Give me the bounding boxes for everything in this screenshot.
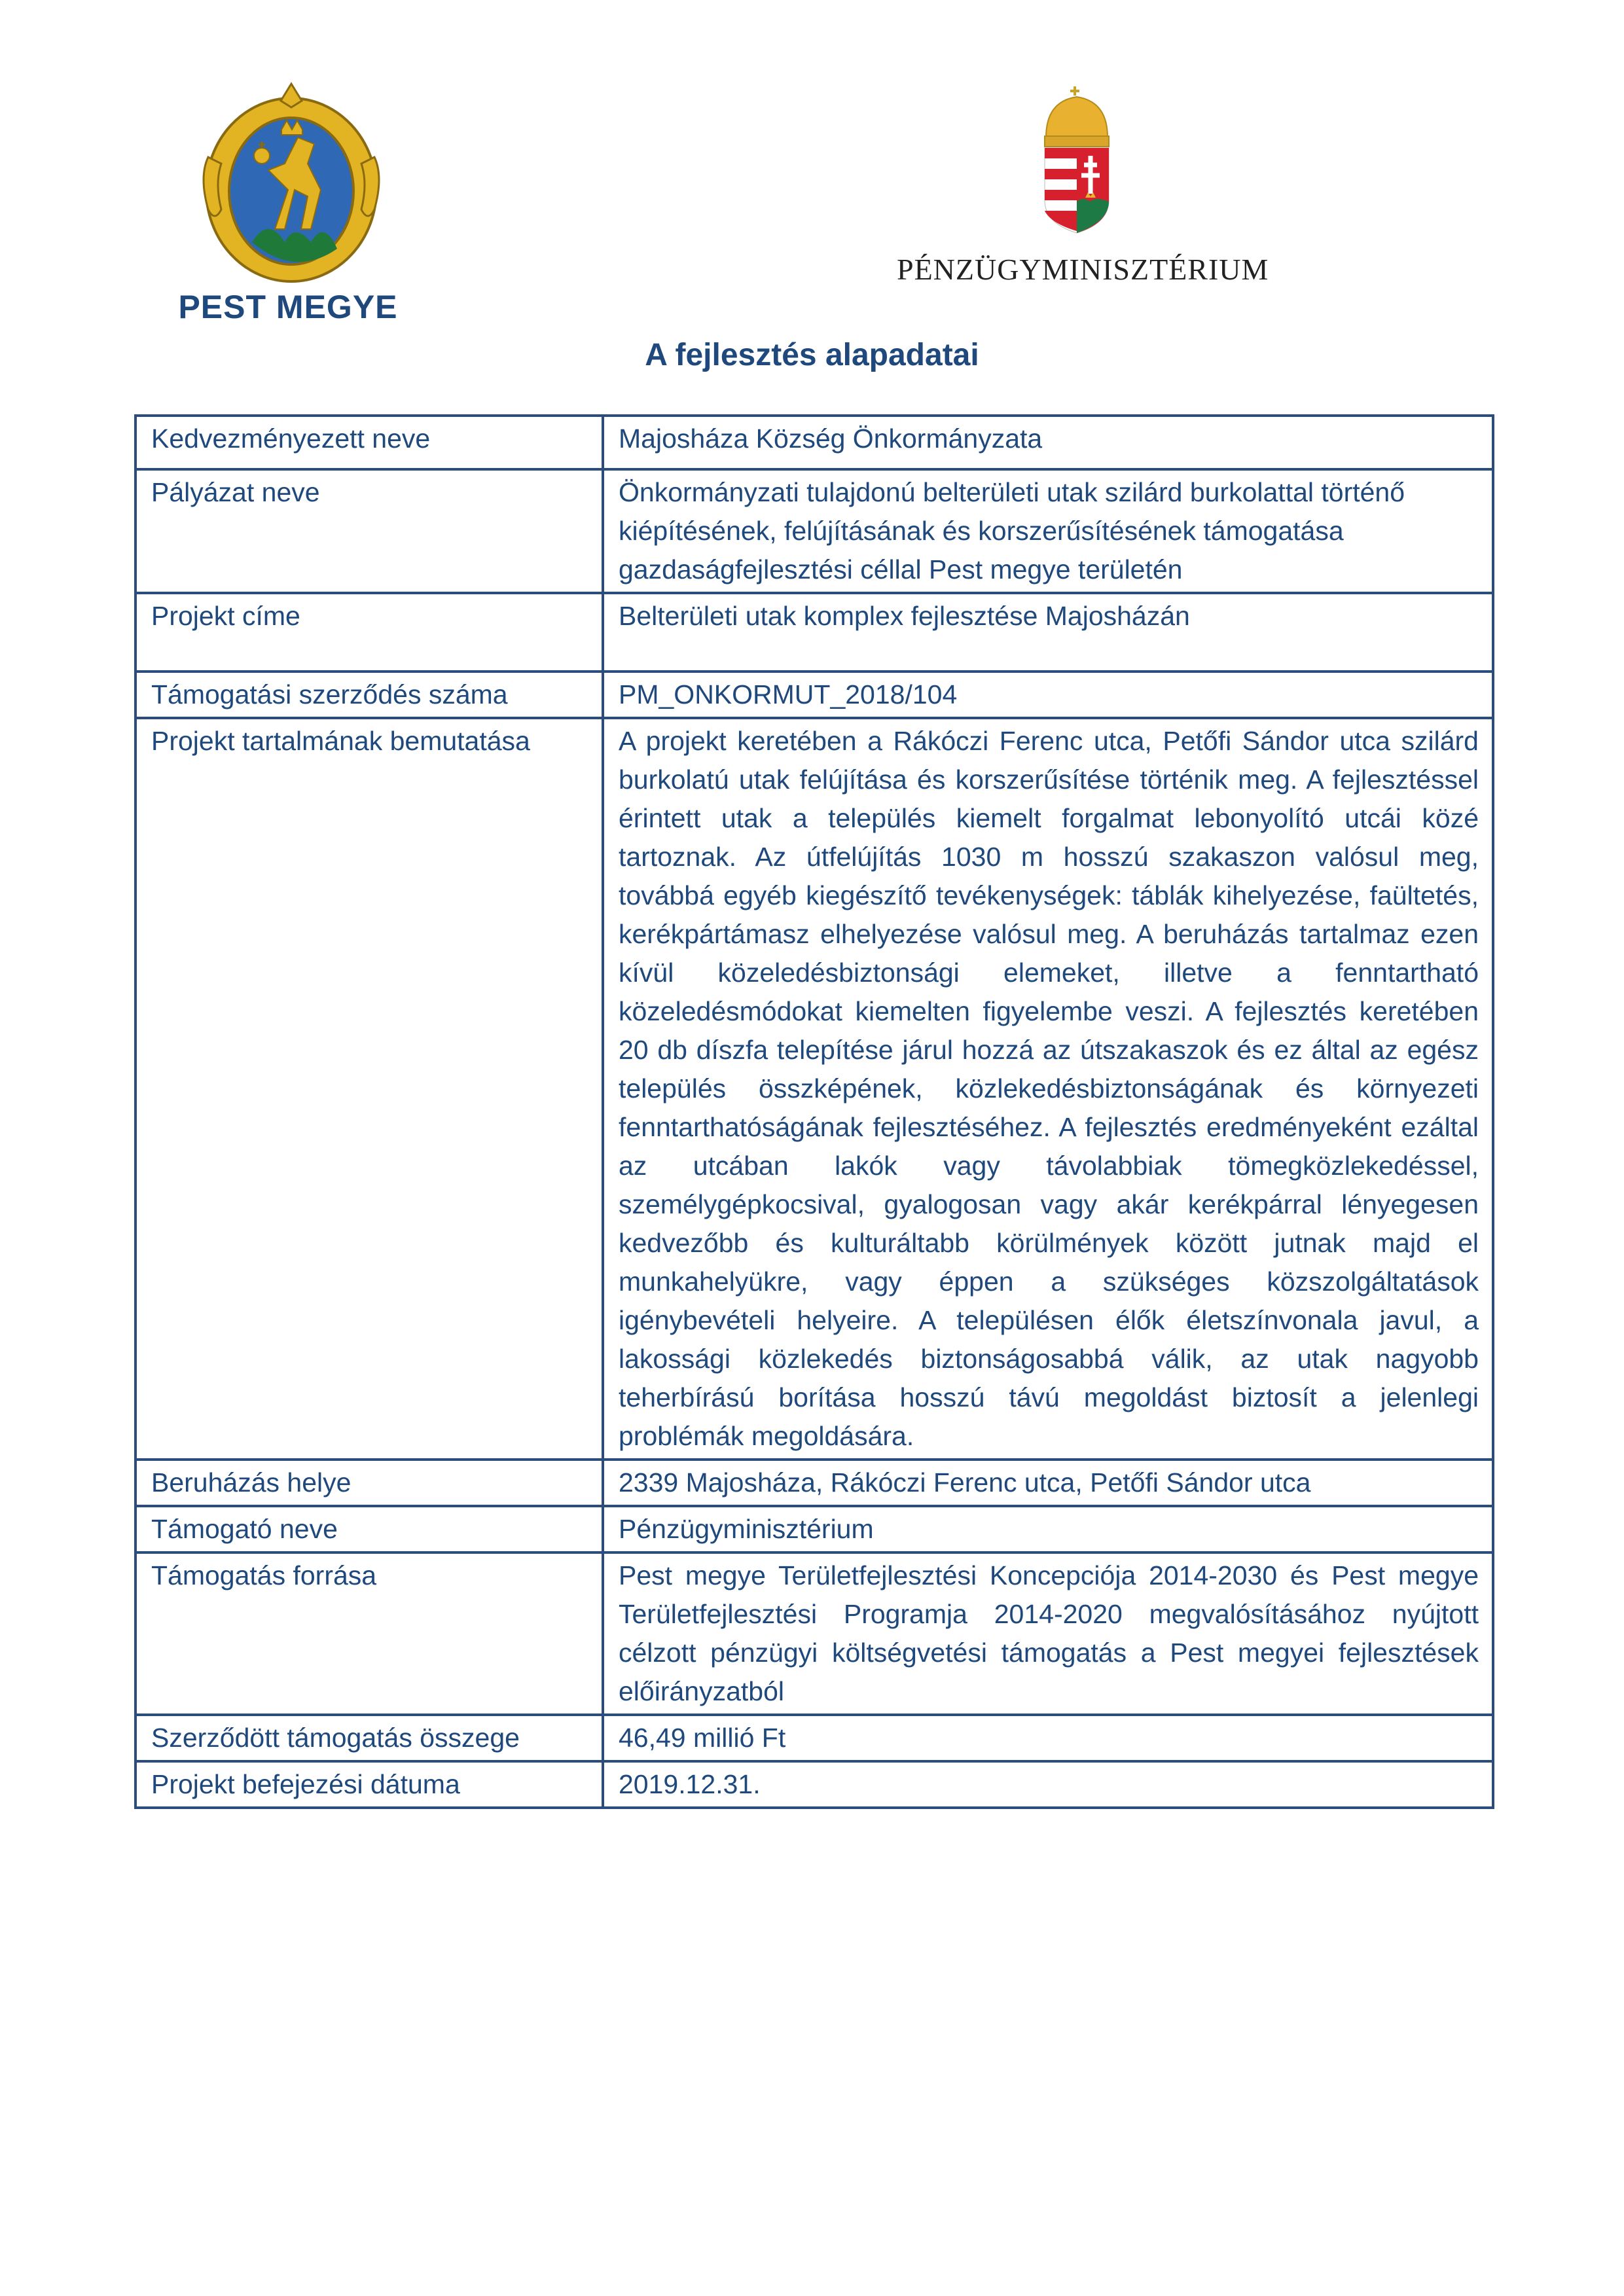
row-label: Projekt tartalmának bemutatása — [135, 718, 603, 1460]
row-value: Önkormányzati tulajdonú belterületi utak… — [603, 469, 1493, 593]
row-label: Támogatás forrása — [135, 1552, 603, 1715]
table-row: Beruházás helye 2339 Majosháza, Rákóczi … — [135, 1460, 1493, 1506]
row-value: PM_ONKORMUT_2018/104 — [603, 672, 1493, 718]
row-value: Pénzügyminisztérium — [603, 1506, 1493, 1552]
row-value: Pest megye Területfejlesztési Koncepciój… — [603, 1552, 1493, 1715]
row-value: 2339 Majosháza, Rákóczi Ferenc utca, Pet… — [603, 1460, 1493, 1506]
pest-county-coat-of-arms-icon — [196, 79, 386, 288]
row-value: 46,49 millió Ft — [603, 1715, 1493, 1761]
row-label: Projekt címe — [135, 593, 603, 672]
row-value: Majosháza Község Önkormányzata — [603, 416, 1493, 469]
row-label: Kedvezményezett neve — [135, 416, 603, 469]
table-row: Szerződött támogatás összege 46,49 milli… — [135, 1715, 1493, 1761]
page-title: A fejlesztés alapadatai — [0, 337, 1624, 373]
row-label: Pályázat neve — [135, 469, 603, 593]
hungarian-coat-of-arms-icon — [1041, 85, 1113, 236]
table-row: Projekt tartalmának bemutatása A projekt… — [135, 718, 1493, 1460]
penzugyminiszterium-caption: PÉNZÜGYMINISZTÉRIUM — [897, 252, 1263, 287]
pest-megye-caption: PEST MEGYE — [170, 288, 406, 326]
row-value: A projekt keretében a Rákóczi Ferenc utc… — [603, 718, 1493, 1460]
row-value: Belterületi utak komplex fejlesztése Maj… — [603, 593, 1493, 672]
table-row: Kedvezményezett neve Majosháza Község Ön… — [135, 416, 1493, 469]
table-row: Támogató neve Pénzügyminisztérium — [135, 1506, 1493, 1552]
row-label: Projekt befejezési dátuma — [135, 1761, 603, 1808]
row-value: 2019.12.31. — [603, 1761, 1493, 1808]
table-row: Projekt címe Belterületi utak komplex fe… — [135, 593, 1493, 672]
table-row: Pályázat neve Önkormányzati tulajdonú be… — [135, 469, 1493, 593]
project-info-table: Kedvezményezett neve Majosháza Község Ön… — [134, 414, 1494, 1809]
table-row: Támogatási szerződés száma PM_ONKORMUT_2… — [135, 672, 1493, 718]
table-row: Projekt befejezési dátuma 2019.12.31. — [135, 1761, 1493, 1808]
table-row: Támogatás forrása Pest megye Területfejl… — [135, 1552, 1493, 1715]
row-label: Támogatási szerződés száma — [135, 672, 603, 718]
row-label: Szerződött támogatás összege — [135, 1715, 603, 1761]
row-label: Támogató neve — [135, 1506, 603, 1552]
row-label: Beruházás helye — [135, 1460, 603, 1506]
